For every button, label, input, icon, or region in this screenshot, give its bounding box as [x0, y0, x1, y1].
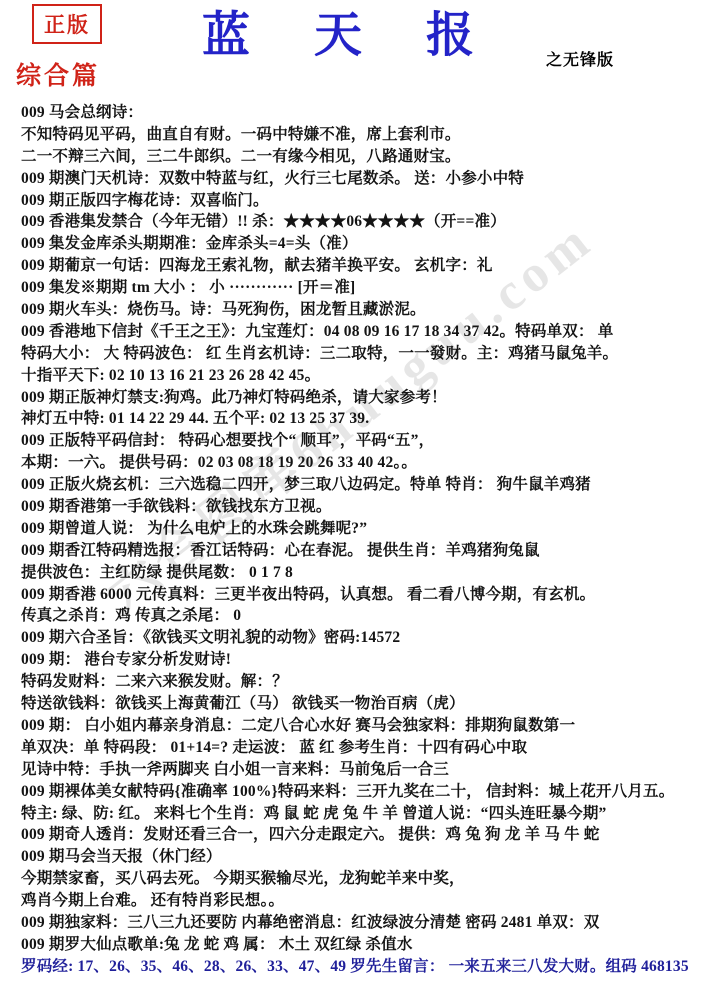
text-line: 009 集发※期期 tm 大小 ： 小 ············ [开＝准]	[21, 277, 696, 299]
text-line: 特码发财料：二来六来猴发财。解：？	[21, 671, 696, 693]
text-line: 十指平天下: 02 10 13 16 21 23 26 28 42 45。	[21, 365, 696, 387]
text-line: 009 香港集发禁合（今年无错）!! 杀：★★★★06★★★★（开==准）	[21, 211, 696, 233]
text-line: 009 期正版四字梅花诗：双喜临门。	[21, 190, 696, 212]
text-line: 009 期澳门天机诗：双数中特蓝与红，火行三七尾数杀。 送：小参小中特	[21, 168, 696, 190]
text-line: 009 期曾道人说： 为什么电炉上的水珠会跳舞呢?”	[21, 518, 696, 540]
text-line: 今期禁家畜，买八码去死。 今期买猴输尽光，龙狗蛇羊来中奖，	[21, 868, 696, 890]
text-line: 提供波色：主红防绿 提供尾数： 0 1 7 8	[21, 562, 696, 584]
text-line: 特码大小： 大 特码波色： 红 生肖玄机诗：三二取特，一一發财。主：鸡猪马鼠兔羊…	[21, 343, 696, 365]
text-line: 009 期香港 6000 元传真料：三更半夜出特码，认真想。 看二看八博今期，有…	[21, 584, 696, 606]
text-line: 罗码经: 17、26、35、46、28、26、33、47、49 罗先生留言： 一…	[21, 956, 696, 978]
text-line: 本期：一六。 提供号码：02 03 08 18 19 20 26 33 40 4…	[21, 452, 696, 474]
text-line: 特送欲钱料：欲钱买上海黄葡江（马） 欲钱买一物治百病（虎）	[21, 693, 696, 715]
text-line: 009 期香江特码精选报：香江话特码：心在春泥。 提供生肖：羊鸡猪狗兔鼠	[21, 540, 696, 562]
edition-label: 之无锋版	[546, 47, 614, 70]
text-line: 009 期香港第一手欲钱料：欲钱找东方卫视。	[21, 496, 696, 518]
text-line: 009 期独家料：三八三九还要防 内幕绝密消息：红波绿波分清楚 密码 2481 …	[21, 912, 696, 934]
text-line: 009 期正版神灯禁支:狗鸡。此乃神灯特码绝杀，请大家参考！	[21, 387, 696, 409]
text-line: 009 期： 港台专家分析发财诗!	[21, 649, 696, 671]
text-line: 009 期罗大仙点歌单:兔 龙 蛇 鸡 属： 木土 双红绿 杀值水	[21, 934, 696, 956]
section-title: 综合篇	[16, 56, 100, 92]
text-line: 009 期葡京一句话：四海龙王索礼物，献去猪羊换平安。 玄机字：礼	[21, 255, 696, 277]
text-line: 009 期六合圣旨：《欲钱买文明礼貌的动物》密码:14572	[21, 627, 696, 649]
text-line: 009 正版特平码信封： 特码心想要找个“ 顺耳”，平码“五”，	[21, 430, 696, 452]
text-line: 传真之杀肖：鸡 传真之杀尾： 0	[21, 605, 696, 627]
text-line: 二一不辩三六间，三二牛郎织。二一有缘今相见，八路通财宝。	[21, 146, 696, 168]
text-line: 特主: 绿、防: 红。 来料七个生肖：鸡 鼠 蛇 虎 兔 牛 羊 曾道人说：“四…	[21, 803, 696, 825]
text-line: 009 马会总纲诗：	[21, 102, 696, 124]
text-line: 鸡肖今期上台难。 还有特肖彩民想。。	[21, 890, 696, 912]
text-line: 009 集发金库杀头期期准：金库杀头=4=头（准）	[21, 233, 696, 255]
text-line: 009 期马会当天报（休门经）	[21, 846, 696, 868]
text-line: 009 期火车头：烧伤马。诗：马死狗伤，困龙暂且藏淤泥。	[21, 299, 696, 321]
text-line: 009 正版火烧玄机：三六选稳二四开，梦三取八边码定。特单 特肖： 狗牛鼠羊鸡猪	[21, 474, 696, 496]
body-lines: 009 马会总纲诗：不知特码见平码，曲直自有财。一码中特嫌不准，席上套利市。二一…	[21, 102, 696, 978]
text-line: 单双决：单 特码段： 01+14=? 走运波： 蓝 红 参考生肖：十四有码心中取	[21, 737, 696, 759]
text-line: 009 香港地下信封《千王之王》：九宝莲灯：04 08 09 16 17 18 …	[21, 321, 696, 343]
text-line: 009 期： 白小姐内幕亲身消息：二定八合心水好 赛马会独家料：排期狗鼠数第一	[21, 715, 696, 737]
text-line: 009 期奇人透肖：发财还看三合一，四六分走跟定六。 提供：鸡 兔 狗 龙 羊 …	[21, 824, 696, 846]
text-line: 见诗中特：手执一斧两脚夹 白小姐一言来料：马前兔后一合三	[21, 759, 696, 781]
text-line: 不知特码见平码，曲直自有财。一码中特嫌不准，席上套利市。	[21, 124, 696, 146]
text-line: 009 期裸体美女献特码{准确率 100%}特码来料：三开九奖在二十， 信封料：…	[21, 781, 696, 803]
text-line: 神灯五中特: 01 14 22 29 44. 五个平: 02 13 25 37 …	[21, 408, 696, 430]
lottery-tip-sheet: 六合图库6huuguu.com 正版 蓝 天 报 之无锋版 综合篇 009 马会…	[0, 0, 702, 987]
